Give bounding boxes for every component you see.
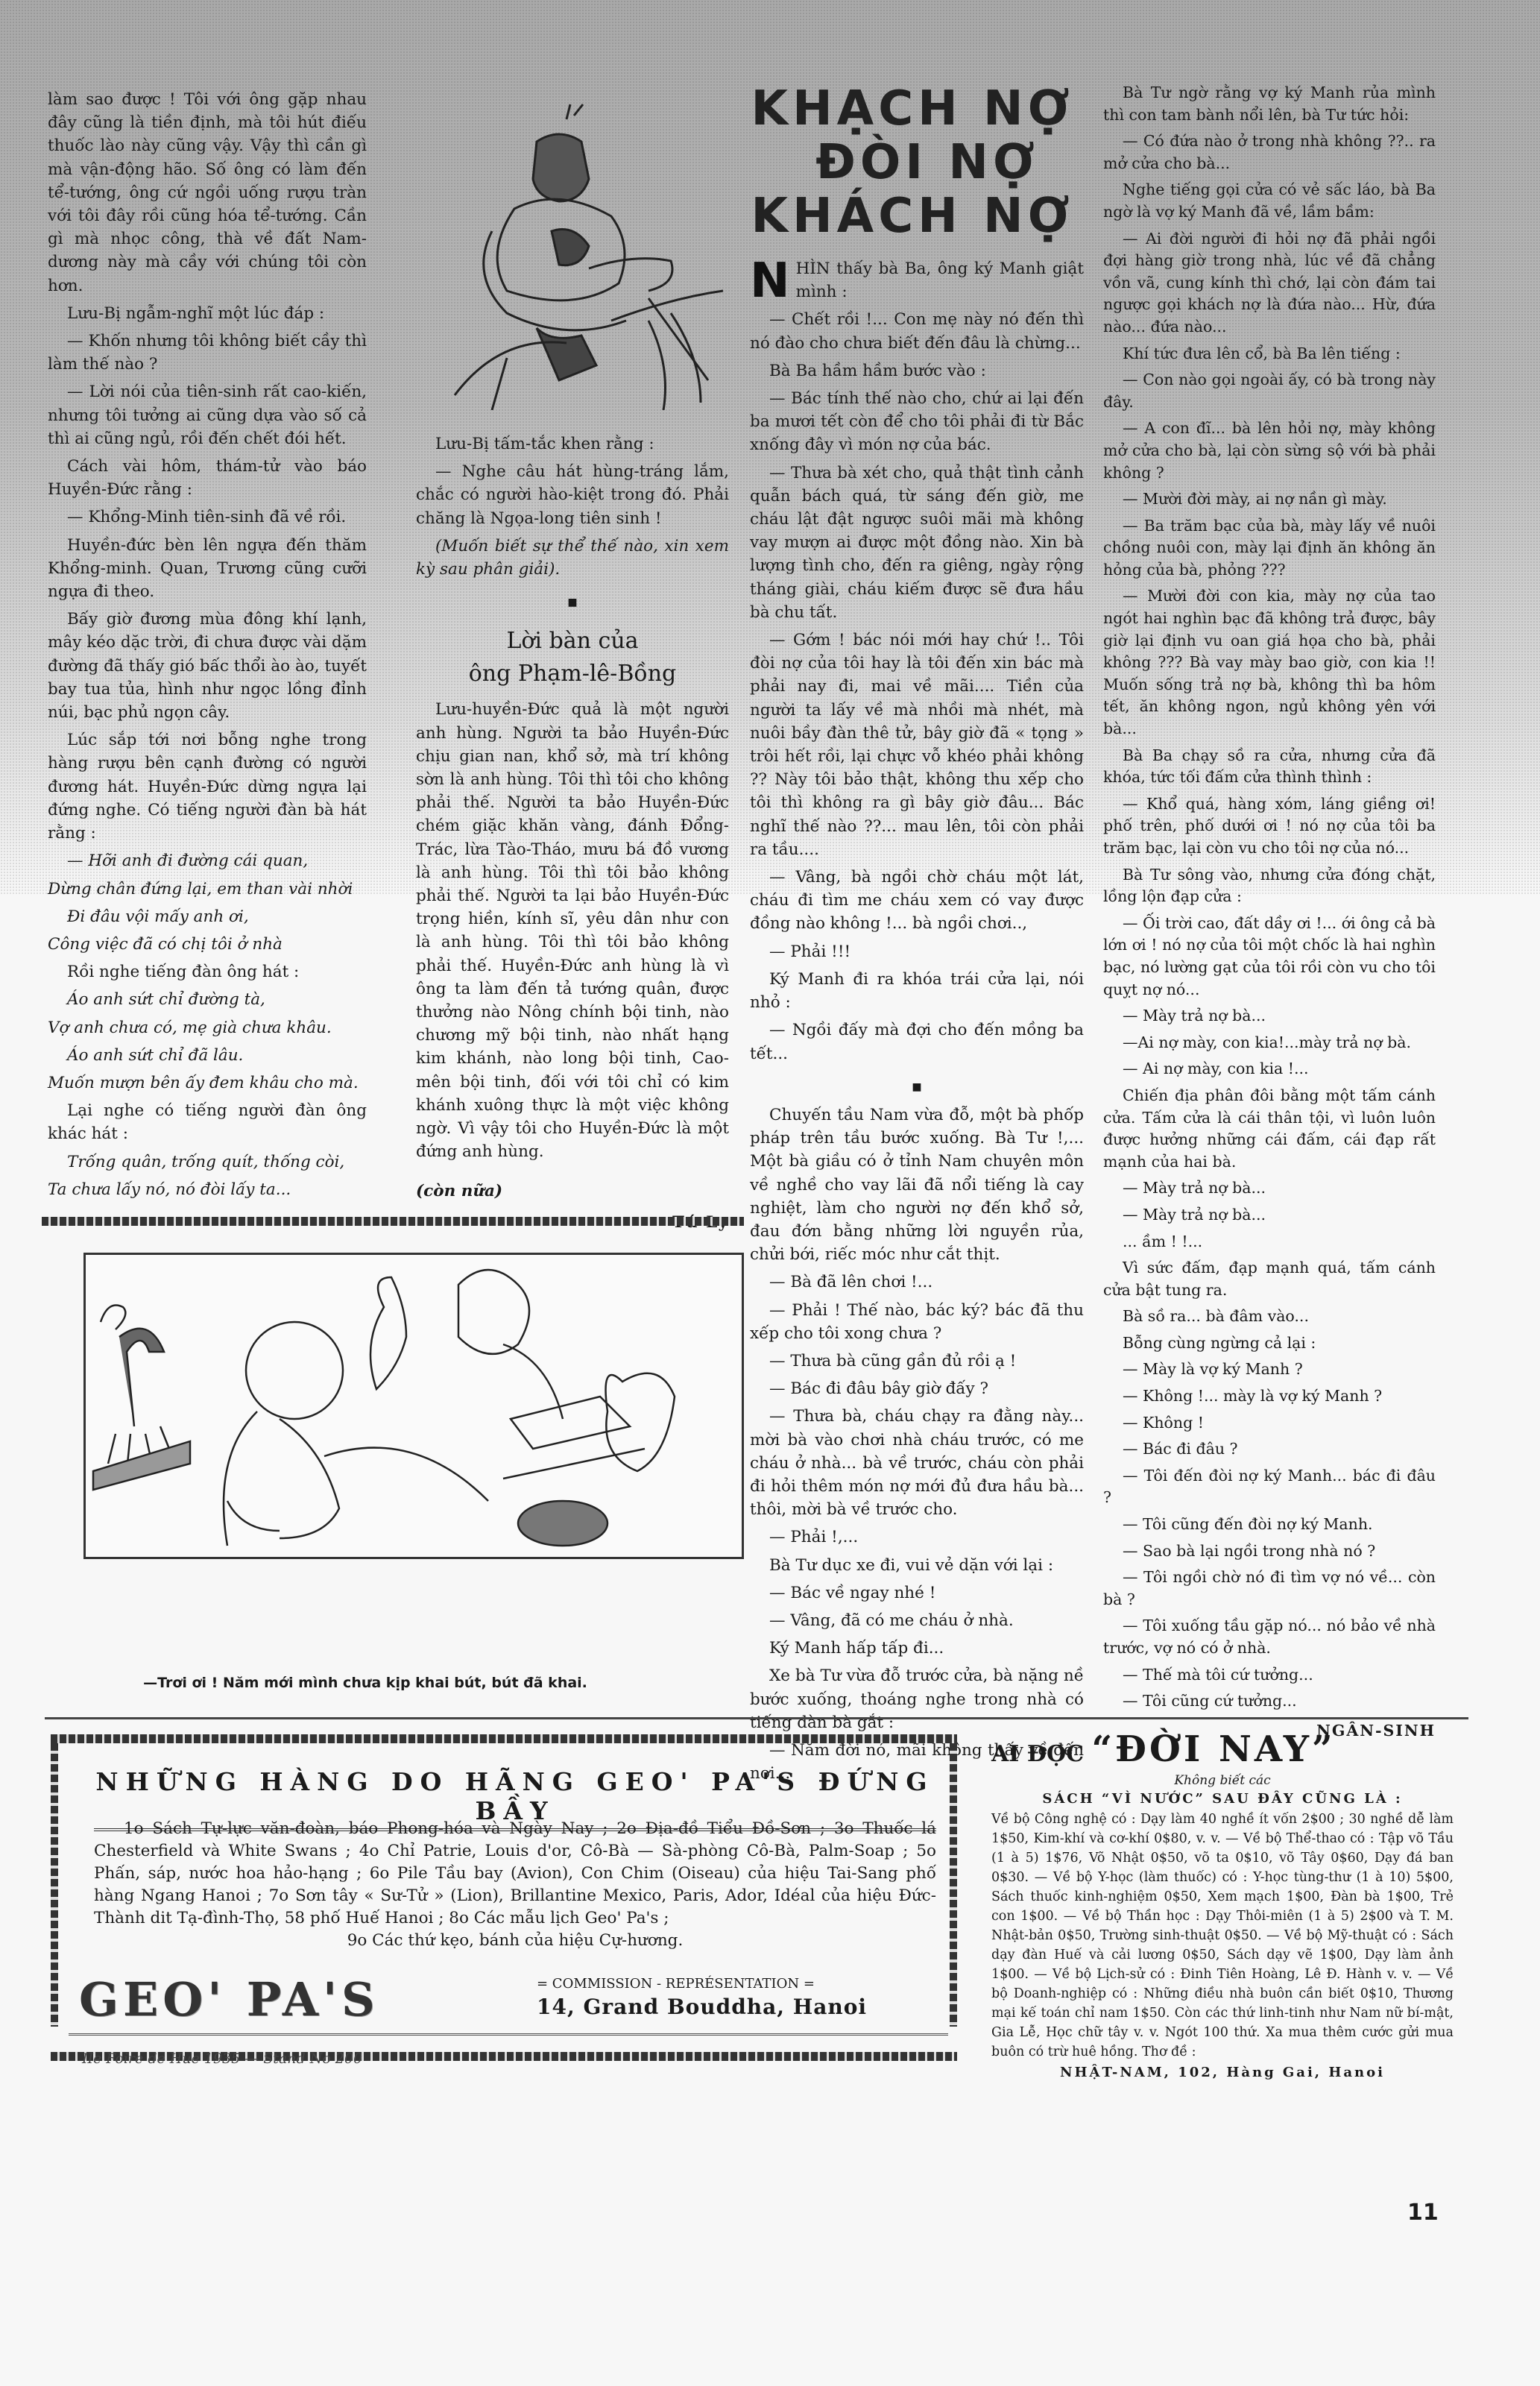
continuation-note: (Muốn biết sự thể thế nào, xin xem kỳ sa… bbox=[416, 535, 729, 581]
paragraph: làm sao được ! Tôi với ông gặp nhau đây … bbox=[48, 88, 367, 298]
paragraph: Huyền-đức bèn lên ngựa đến thăm Khổng-mi… bbox=[48, 534, 367, 604]
ad-body-text: Về bộ Công nghệ có : Dạy làm 40 nghề ít … bbox=[991, 1810, 1454, 2062]
paragraph: — Vâng, bà ngồi chờ cháu một lát, cháu đ… bbox=[750, 866, 1084, 936]
paragraph: Lưu-Bị ngẫm-nghĩ một lúc đáp : bbox=[48, 302, 367, 325]
ad-subheading: Không biết các bbox=[991, 1773, 1454, 1788]
paragraph: — Bác đi đâu bây giờ đấy ? bbox=[750, 1377, 1084, 1400]
geopas-address: 14, Grand Bouddha, Hanoi bbox=[537, 1995, 867, 2019]
ad-heading-prefix: AI ĐỌC bbox=[991, 1741, 1084, 1767]
illustration-figure-on-bicycle bbox=[425, 82, 738, 410]
paragraph: Vì sức đấm, đạp mạnh quá, tấm cánh cửa b… bbox=[1103, 1257, 1436, 1301]
paragraph: — Mười đời mày, ai nợ nần gì mày. bbox=[1103, 488, 1436, 511]
paragraph: — Bác đi đâu ? bbox=[1103, 1438, 1436, 1461]
paragraph: Rồi nghe tiếng đàn ông hát : bbox=[48, 960, 367, 983]
paragraph: — Bà đã lên chơi !... bbox=[750, 1271, 1084, 1294]
ad-body-text: 1o Sách Tự-lực văn-đoàn, báo Phong-hóa v… bbox=[94, 1818, 936, 1930]
paragraph: Bỗng cùng ngừng cả lại : bbox=[1103, 1332, 1436, 1355]
paragraph: — Mày trả nợ bà... bbox=[1103, 1204, 1436, 1227]
advertisement-doi-nay: AI ĐỌC “ĐỜI NAY” Không biết các SÁCH “VÌ… bbox=[991, 1728, 1454, 2080]
paragraph: — Thưa bà, cháu chạy ra đằng này... mời … bbox=[750, 1405, 1084, 1521]
paragraph: — Ai nợ mày, con kia !... bbox=[1103, 1058, 1436, 1080]
ornamental-border bbox=[51, 1734, 957, 1743]
paragraph: — Tôi cũng đến đòi nợ ký Manh. bbox=[1103, 1514, 1436, 1536]
paragraph: Khí tức đưa lên cổ, bà Ba lên tiếng : bbox=[1103, 343, 1436, 365]
section-ornament-icon: ■ bbox=[416, 591, 729, 614]
rule bbox=[69, 2033, 948, 2036]
section-divider bbox=[45, 1717, 1468, 1719]
paragraph: — A con đĩ... bà lên hỏi nợ, mày không m… bbox=[1103, 418, 1436, 484]
paragraph: — Gớm ! bác nói mới hay chứ !.. Tôi đòi … bbox=[750, 629, 1084, 861]
story-column-2: Lưu-Bị tấm-tắc khen rằng : — Nghe câu há… bbox=[416, 432, 729, 1234]
paragraph: — Ba trăm bạc của bà, mày lấy về nuôi ch… bbox=[1103, 515, 1436, 582]
paragraph: Lưu-Bị tấm-tắc khen rằng : bbox=[416, 432, 729, 456]
section-title-line: Lời bàn của bbox=[416, 625, 729, 658]
geopas-contact: = COMMISSION - REPRÉSENTATION = 14, Gran… bbox=[537, 1976, 867, 2019]
story-title: KHẠCH NỢ ĐÒI NỢ KHÁCH NỢ bbox=[748, 82, 1076, 243]
section-title: Lời bàn của ông Phạm-lê-Bồng bbox=[416, 625, 729, 690]
verse-line: — Hỡi anh đi đường cái quan, bbox=[48, 849, 367, 872]
paragraph: — Khốn nhưng tôi không biết cầy thì làm … bbox=[48, 330, 367, 376]
paragraph: Cách vài hôm, thám-tử vào báo Huyền-Đức … bbox=[48, 455, 367, 501]
verse-line: Áo anh sứt chỉ đã lâu. bbox=[48, 1044, 367, 1067]
paragraph: — Phải !,... bbox=[750, 1526, 1084, 1549]
paragraph: Chuyến tầu Nam vừa đỗ, một bà phốp pháp … bbox=[750, 1104, 1084, 1266]
paragraph: HÌN thấy bà Ba, ông ký Manh giật mình : bbox=[796, 259, 1084, 301]
story-column-1: làm sao được ! Tôi với ông gặp nhau đây … bbox=[48, 88, 367, 1206]
story-column-4: Bà Tư ngờ rằng vợ ký Manh rủa mình thì c… bbox=[1103, 82, 1436, 1742]
geopas-logo: GEO' PA'S bbox=[79, 1972, 379, 2027]
paragraph: Bà sồ ra... bà đâm vào... bbox=[1103, 1306, 1436, 1328]
paragraph: Bà Ba hầm hầm bước vào : bbox=[750, 359, 1084, 383]
paragraph: —Ai nợ mày, con kia!...mày trả nợ bà. bbox=[1103, 1032, 1436, 1054]
verse-line: Trống quân, trống quít, thống còi, bbox=[48, 1150, 367, 1174]
verse-line: Công việc đã có chị tôi ở nhà bbox=[48, 933, 367, 956]
verse-line: Dừng chân đứng lại, em than vài nhời bbox=[48, 878, 367, 901]
paragraph: — Mày trả nợ bà... bbox=[1103, 1005, 1436, 1027]
paragraph: — Không ! bbox=[1103, 1412, 1436, 1435]
paragraph: — Khổng-Minh tiên-sinh đã về rồi. bbox=[48, 506, 367, 529]
paragraph: — Không !... mày là vợ ký Manh ? bbox=[1103, 1385, 1436, 1408]
paragraph: Nghe tiếng gọi cửa có vẻ sấc láo, bà Ba … bbox=[1103, 179, 1436, 223]
umbrella-icon bbox=[101, 1306, 125, 1330]
ad-body-text: 9o Các thứ kẹo, bánh của hiệu Cự-hương. bbox=[94, 1930, 936, 1952]
paragraph: — Khổ quá, hàng xóm, láng giềng ơi! phố … bbox=[1103, 793, 1436, 860]
geopas-tagline: = COMMISSION - REPRÉSENTATION = bbox=[537, 1976, 867, 1992]
ornamental-border bbox=[42, 1217, 744, 1226]
paragraph: — Sao bà lại ngồi trong nhà nó ? bbox=[1103, 1540, 1436, 1563]
paragraph: — Ai đời người đi hỏi nợ đã phải ngồi đợ… bbox=[1103, 228, 1436, 339]
verse-line: Muốn mượn bên ấy đem khâu cho mà. bbox=[48, 1071, 367, 1095]
story-column-3: NHÌN thấy bà Ba, ông ký Manh giật mình :… bbox=[750, 257, 1084, 1789]
page-number: 11 bbox=[1407, 2200, 1439, 2226]
section-title-line: ông Phạm-lê-Bồng bbox=[416, 658, 729, 690]
paragraph: — Nghe câu hát hùng-tráng lắm, chắc có n… bbox=[416, 460, 729, 530]
paragraph: Lúc sắp tới nơi bỗng nghe trong hàng rượ… bbox=[48, 728, 367, 845]
verse-line: Ta chưa lấy nó, nó đòi lấy ta... bbox=[48, 1178, 367, 1201]
paragraph: — Bác về ngay nhé ! bbox=[750, 1581, 1084, 1605]
paragraph: — Phải ! Thế nào, bác ký? bác đã thu xếp… bbox=[750, 1299, 1084, 1345]
verse-line: Áo anh sứt chỉ đường tà, bbox=[48, 988, 367, 1011]
title-line: KHẠCH NỢ bbox=[748, 82, 1076, 136]
paragraph: — Tôi ngồi chờ nó đi tìm vợ nó về... còn… bbox=[1103, 1567, 1436, 1611]
paragraph: Bà Tư sông vào, nhưng cửa đóng chặt, lồn… bbox=[1103, 864, 1436, 908]
title-line: ĐÒI NỢ bbox=[748, 136, 1076, 189]
paragraph: — Thưa bà xét cho, quả thật tình cảnh qu… bbox=[750, 462, 1084, 624]
ad-heading-title: “ĐỜI NAY” bbox=[1091, 1728, 1335, 1770]
paragraph: Lưu-huyền-Đức quả là một người anh hùng.… bbox=[416, 698, 729, 1163]
paragraph: Chiến địa phân đôi bằng một tấm cánh cửa… bbox=[1103, 1085, 1436, 1173]
drop-cap: N bbox=[750, 260, 790, 302]
title-line: KHÁCH NỢ bbox=[748, 189, 1076, 243]
paragraph: — Thế mà tôi cứ tưởng... bbox=[1103, 1664, 1436, 1687]
paragraph: — Ngồi đấy mà đợi cho đến mồng ba tết... bbox=[750, 1019, 1084, 1065]
paragraph: ... ầm ! !... bbox=[1103, 1231, 1436, 1253]
verse-line: Vợ anh chưa có, mẹ già chưa khâu. bbox=[48, 1016, 367, 1039]
cartoon-illustration bbox=[83, 1253, 744, 1559]
to-be-continued: (còn nữa) bbox=[416, 1180, 729, 1203]
ad-body: 1o Sách Tự-lực văn-đoàn, báo Phong-hóa v… bbox=[94, 1818, 936, 1952]
paragraph: Bà Tư ngờ rằng vợ ký Manh rủa mình thì c… bbox=[1103, 82, 1436, 126]
ad-address: NHẬT-NAM, 102, Hàng Gai, Hanoi bbox=[991, 2065, 1454, 2080]
paragraph: — Vâng, đã có me cháu ở nhà. bbox=[750, 1609, 1084, 1632]
paragraph: Bà Ba chạy sồ ra cửa, nhưng cửa đã khóa,… bbox=[1103, 745, 1436, 789]
paragraph: — Chết rồi !... Con mẹ này nó đến thì nó… bbox=[750, 308, 1084, 354]
paragraph: — Có đứa nào ở trong nhà không ??.. ra m… bbox=[1103, 130, 1436, 174]
paragraph: Lại nghe có tiếng người đàn ông khác hát… bbox=[48, 1099, 367, 1145]
paragraph: Bấy giờ đương mùa đông khí lạnh, mây kéo… bbox=[48, 608, 367, 724]
paragraph: Ký Manh hấp tấp đi... bbox=[750, 1637, 1084, 1660]
section-ornament-icon: ■ bbox=[750, 1076, 1084, 1099]
paragraph: — Phải !!! bbox=[750, 940, 1084, 963]
paragraph: — Tôi cũng cứ tưởng... bbox=[1103, 1690, 1436, 1713]
ornamental-border bbox=[950, 1743, 957, 2027]
paragraph: — Bác tính thế nào cho, chứ ai lại đến b… bbox=[750, 387, 1084, 457]
paragraph: — Thưa bà cũng gần đủ rồi ạ ! bbox=[750, 1350, 1084, 1373]
cartoon-caption: —Trơi ơi ! Năm mới mình chưa kịp khai bú… bbox=[75, 1675, 656, 1691]
paragraph: — Mày là vợ ký Manh ? bbox=[1103, 1359, 1436, 1381]
paragraph: — Tôi xuống tầu gặp nó... nó bảo về nhà … bbox=[1103, 1615, 1436, 1659]
paragraph: — Mười đời con kia, mày nợ của tao ngót … bbox=[1103, 585, 1436, 740]
paragraph: — Lời nói của tiên-sinh rất cao-kiến, nh… bbox=[48, 380, 367, 450]
paragraph: Ký Manh đi ra khóa trái cửa lại, nói nhỏ… bbox=[750, 968, 1084, 1014]
paragraph: — Tôi đến đòi nợ ký Manh... bác đi đâu ? bbox=[1103, 1465, 1436, 1509]
verse-line: Đi đâu vội mấy anh ơi, bbox=[48, 905, 367, 928]
paragraph: — Ối trời cao, đất dầy ơi !... ới ông cả… bbox=[1103, 913, 1436, 1001]
paragraph: — Mày trả nợ bà... bbox=[1103, 1177, 1436, 1200]
ad-subheading: SÁCH “VÌ NƯỚC” SAU ĐÂY CŨNG LÀ : bbox=[991, 1791, 1454, 1807]
paragraph: Bà Tư dục xe đi, vui vẻ dặn với lại : bbox=[750, 1554, 1084, 1577]
ornamental-border bbox=[51, 1743, 58, 2027]
fair-stand-note: IIe Foire de Hue 1935 — Stand No 200 bbox=[82, 2050, 362, 2067]
ad-heading: AI ĐỌC “ĐỜI NAY” bbox=[991, 1728, 1454, 1770]
paragraph: — Con nào gọi ngoài ấy, có bà trong này … bbox=[1103, 369, 1436, 413]
